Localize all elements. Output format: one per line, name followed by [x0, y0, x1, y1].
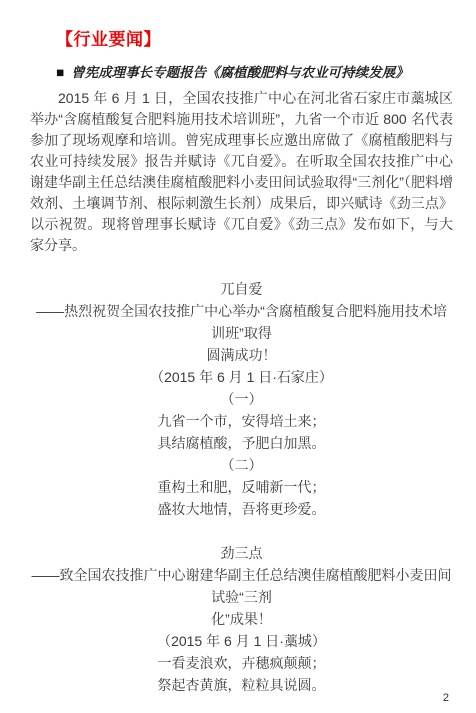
- poem-verse-line: 重构土和肥，反哺新一代；: [30, 476, 453, 498]
- article-headline: ■曾宪成理事长专题报告《腐植酸肥料与农业可持续发展》: [56, 61, 453, 81]
- poem-dateline: （2015 年 6 月 1 日·石家庄）: [30, 366, 453, 388]
- poem-dedication-line: ——致全国农技推广中心谢建华副主任总结澳佳腐植酸肥料小麦田间试验“三剂: [30, 564, 453, 608]
- section-header: 【行业要闻】: [56, 25, 453, 50]
- poem-verse-line: 祭起杏黄旗，粒粒具说圆。: [30, 674, 453, 696]
- poem-verse-line: 九省一个市，安得培土来；: [30, 410, 453, 432]
- stanza-label: （二）: [30, 454, 453, 476]
- article-paragraph: 2015 年 6 月 1 日，全国农技推广中心在河北省石家庄市藁城区举办“含腐植…: [30, 88, 453, 256]
- poem-dateline: （2015 年 6 月 1 日·藁城）: [30, 630, 453, 652]
- square-bullet-icon: ■: [56, 65, 64, 81]
- poem-jinsandian: 劲三点 ——致全国农技推广中心谢建华副主任总结澳佳腐植酸肥料小麦田间试验“三剂 …: [30, 542, 453, 696]
- poem-verse-line: 一看麦浪欢，卉穗疯颠颠；: [30, 652, 453, 674]
- poem-verse-line: 盛妆大地情，吾将更珍爱。: [30, 498, 453, 520]
- poem-verse-line: 具结腐植酸，予肥白加黑。: [30, 432, 453, 454]
- article-headline-text: 曾宪成理事长专题报告《腐植酸肥料与农业可持续发展》: [71, 65, 409, 80]
- poem-wuziai: 兀自爱 ——热烈祝贺全国农技推广中心举办“含腐植酸复合肥料施用技术培训班”取得 …: [30, 278, 453, 520]
- poem-title: 兀自爱: [30, 278, 453, 300]
- page-number: 2: [443, 692, 449, 704]
- poem-title: 劲三点: [30, 542, 453, 564]
- poem-dedication-line: 圆满成功！: [30, 344, 453, 366]
- poem-dedication-line: ——热烈祝贺全国农技推广中心举办“含腐植酸复合肥料施用技术培训班”取得: [30, 300, 453, 344]
- stanza-label: （一）: [30, 388, 453, 410]
- document-page: 【行业要闻】 ■曾宪成理事长专题报告《腐植酸肥料与农业可持续发展》 2015 年…: [0, 0, 476, 713]
- poem-dedication-line: 化”成果！: [30, 608, 453, 630]
